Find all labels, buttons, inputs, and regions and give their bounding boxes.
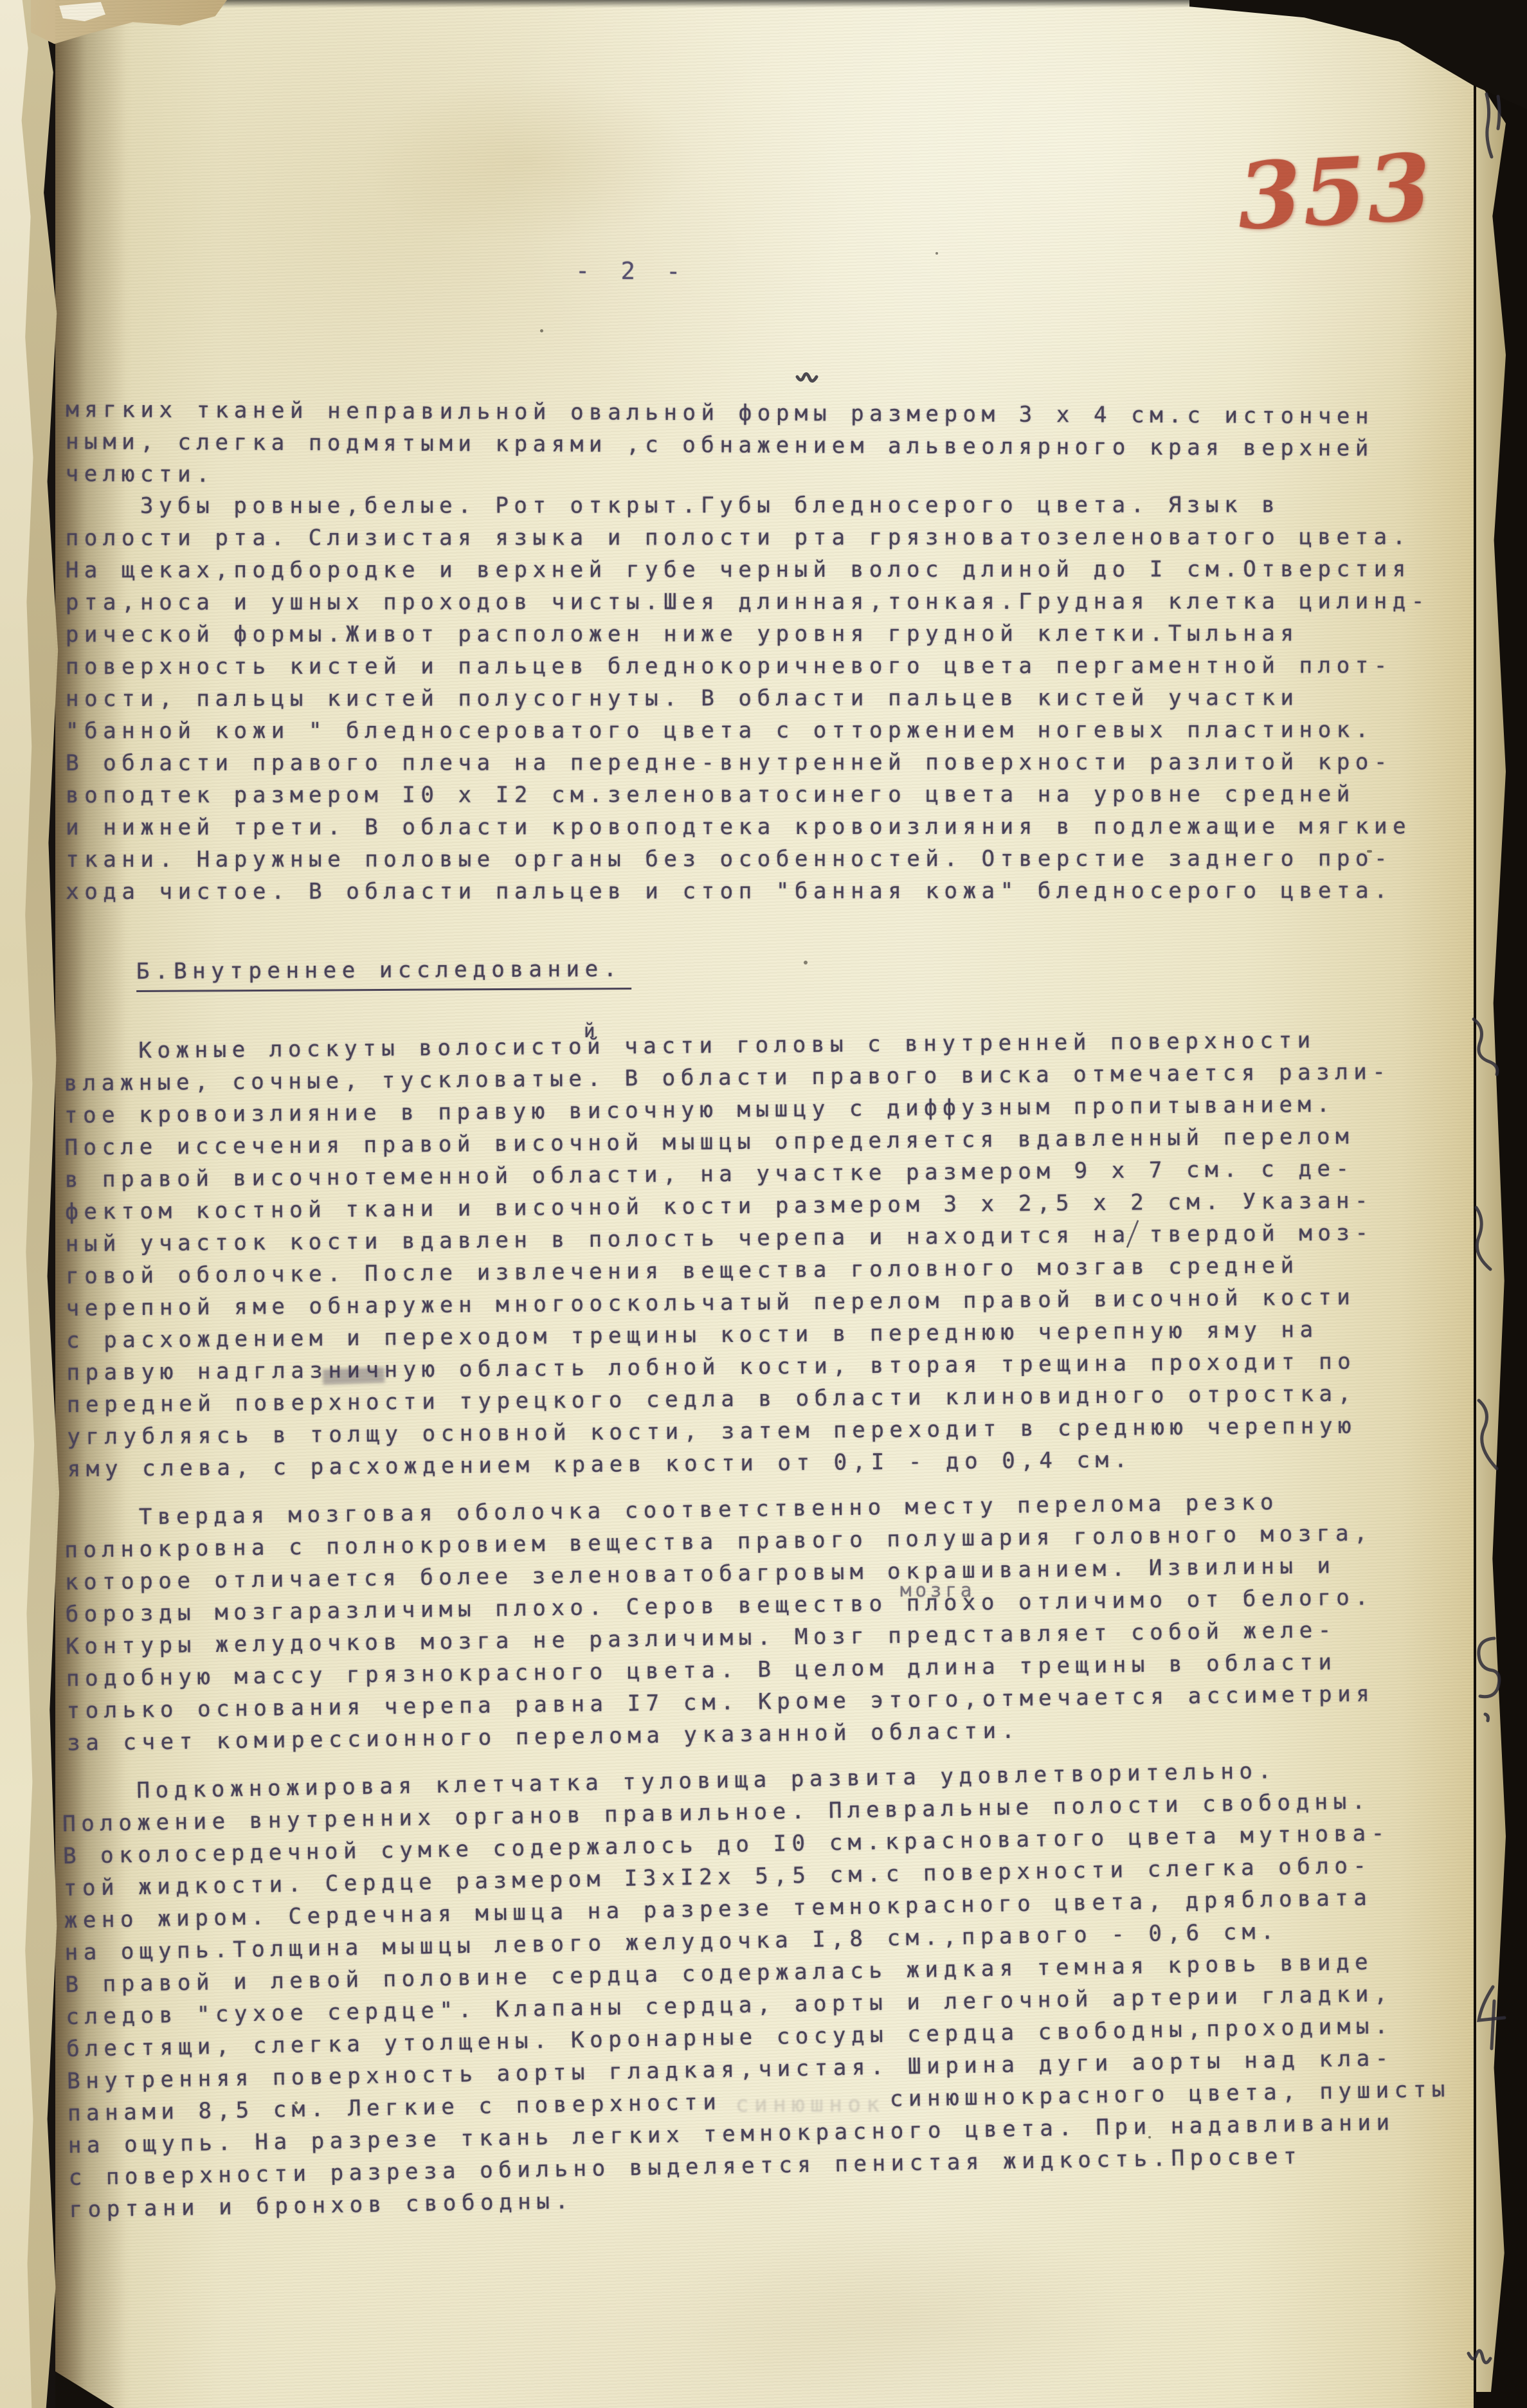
heading-prefix: Б.	[136, 959, 174, 984]
pen-mark	[1468, 1013, 1502, 1077]
dust-speck	[1148, 2136, 1151, 2139]
pen-mark	[1468, 1632, 1506, 1728]
text-line: Зубы ровные,белые. Рот открыт.Губы бледн…	[66, 489, 1480, 522]
text-line: воподтек размером I0 х I2 см.зеленоватос…	[66, 778, 1480, 811]
text-line: "банной кожи " бледносероватого цвета с …	[66, 714, 1480, 747]
typed-correction-word: мозга	[900, 1574, 975, 1606]
text-line: хода чистое. В области пальцев и стоп "б…	[66, 874, 1480, 908]
overtyped-strike-mark	[323, 1367, 385, 1384]
paragraph-external-exam: Зубы ровные,белые. Рот открыт.Губы бледн…	[66, 489, 1481, 908]
text-line: и нижней трети. В области кровоподтека к…	[66, 810, 1480, 844]
dust-speck	[804, 961, 808, 964]
typed-correction-letter: й	[584, 1015, 599, 1047]
text-line: полости рта. Слизистая языка и полости р…	[66, 521, 1480, 554]
erased-word-ghost: синюшнок	[736, 2088, 885, 2121]
scanned-document-photo: { "colors": { "ink": "#4b4459", "stamp":…	[0, 0, 1527, 2408]
typewritten-text: мягких тканей неправильной овальной форм…	[66, 394, 1480, 2226]
text-line: рта,носа и ушных проходов чисты.Шея длин…	[66, 585, 1480, 619]
text-line: ткани. Наружные половые органы без особе…	[66, 842, 1480, 876]
dust-speck	[294, 2101, 298, 2105]
paragraph-skull-exam: Кожные лоскуты волосистой части головы с…	[64, 1023, 1482, 1485]
archive-number-stamp: 353	[1235, 141, 1434, 243]
text-line: ности, пальцы кистей полусогнуты. В обла…	[66, 682, 1480, 715]
paragraph-thorax-exam: Подкожножировая клетчатка туловища разви…	[62, 1752, 1484, 2226]
page-number: - 2 -	[575, 257, 689, 285]
paragraph-brain-exam: Твердая мозговая оболочка соответственно…	[64, 1483, 1481, 1759]
paragraph-soft-tissues: мягких тканей неправильной овальной форм…	[66, 394, 1481, 498]
text-line: поверхность кистей и пальцев бледнокорич…	[66, 649, 1480, 683]
text-line: На щеках,подбородке и верхней губе черны…	[66, 553, 1480, 586]
dust-speck	[1367, 850, 1372, 853]
text-line: рической формы.Живот расположен ниже уро…	[66, 617, 1480, 651]
pen-mark	[1474, 1982, 1507, 2054]
pen-mark	[1479, 90, 1507, 161]
text-line: В области правого плеча на передне-внутр…	[66, 746, 1480, 779]
heading-title: Внутреннее исследование.	[174, 956, 622, 984]
pen-mark	[1465, 2340, 1494, 2379]
pen-mark	[795, 364, 820, 386]
pen-mark	[1467, 1202, 1498, 1273]
dust-speck	[935, 252, 938, 255]
pen-mark	[1472, 1395, 1503, 1472]
dust-speck	[540, 329, 543, 332]
section-heading: Б.Внутреннее исследование.	[136, 948, 1480, 988]
